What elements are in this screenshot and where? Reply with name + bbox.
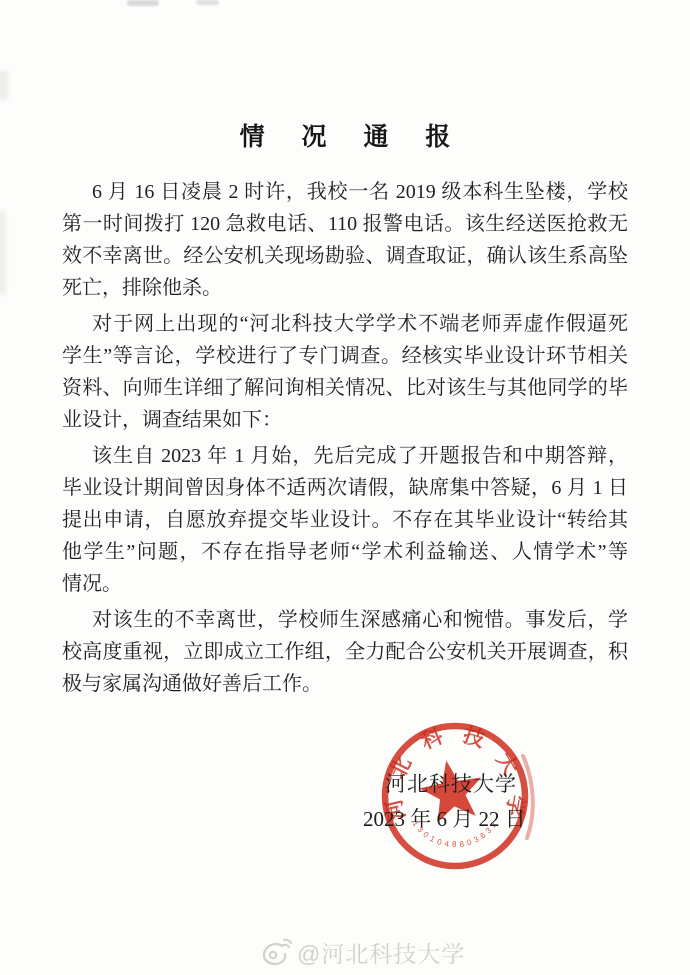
document-line: 该生自 2023 年 1 月始，先后完成了开题报告和中期答辩， [62, 440, 628, 472]
weibo-eye-icon [260, 938, 292, 968]
watermark-text: @河北科技大学 [297, 936, 465, 969]
document-line: 业设计，调查结果如下： [62, 404, 628, 436]
document-page: 情 况 通 报 6 月 16 日凌晨 2 时许，我校一名 2019 级本科生坠楼… [0, 0, 690, 975]
document-line: 对于网上出现的“河北科技大学学术不端老师弄虚作假逼死 [62, 308, 628, 340]
page-title: 情 况 通 报 [0, 117, 690, 153]
document-line: 极与家属沟通做好善后工作。 [62, 668, 628, 700]
document-line: 毕业设计期间曾因身体不适两次请假，缺席集中答疑，6 月 1 日 [62, 472, 628, 504]
document-line: 校高度重视，立即成立工作组，全力配合公安机关开展调查，积 [62, 636, 628, 668]
scan-artifact [0, 70, 8, 100]
document-line: 资料、向师生详细了解问询相关情况、比对该生与其他同学的毕 [62, 372, 628, 404]
document-line: 情况。 [62, 568, 628, 600]
signature-organization: 河北科技大学 [385, 768, 517, 798]
document-line: 他学生”问题，不存在指导老师“学术利益输送、人情学术”等 [62, 536, 628, 568]
paragraph: 6 月 16 日凌晨 2 时许，我校一名 2019 级本科生坠楼，学校第一时间拨… [62, 176, 628, 304]
paragraph: 对于网上出现的“河北科技大学学术不端老师弄虚作假逼死学生”等言论，学校进行了专门… [62, 308, 628, 436]
official-seal: 河北科技大学 1301048803632 [374, 716, 538, 880]
weibo-watermark: @河北科技大学 [260, 936, 465, 969]
document-line: 学生”等言论，学校进行了专门调查。经核实毕业设计环节相关 [62, 340, 628, 372]
document-line: 6 月 16 日凌晨 2 时许，我校一名 2019 级本科生坠楼，学校 [62, 176, 628, 208]
signature-date: 2023 年 6 月 22 日 [363, 803, 526, 833]
scan-artifact [0, 210, 6, 295]
document-line: 对该生的不幸离世，学校师生深感痛心和惋惜。事发后，学 [62, 604, 628, 636]
document-line: 提出申请，自愿放弃提交毕业设计。不存在其毕业设计“转给其 [62, 504, 628, 536]
paragraph: 对该生的不幸离世，学校师生深感痛心和惋惜。事发后，学校高度重视，立即成立工作组，… [62, 604, 628, 700]
document-line: 第一时间拨打 120 急救电话、110 报警电话。该生经送医抢救无 [62, 208, 628, 240]
document-line: 死亡，排除他杀。 [62, 272, 628, 304]
scan-artifact [196, 0, 219, 5]
document-line: 效不幸离世。经公安机关现场勘验、调查取证，确认该生系高坠 [62, 240, 628, 272]
document-body: 6 月 16 日凌晨 2 时许，我校一名 2019 级本科生坠楼，学校第一时间拨… [62, 176, 628, 700]
paragraph: 该生自 2023 年 1 月始，先后完成了开题报告和中期答辩，毕业设计期间曾因身… [62, 440, 628, 600]
scan-artifact [127, 0, 159, 6]
